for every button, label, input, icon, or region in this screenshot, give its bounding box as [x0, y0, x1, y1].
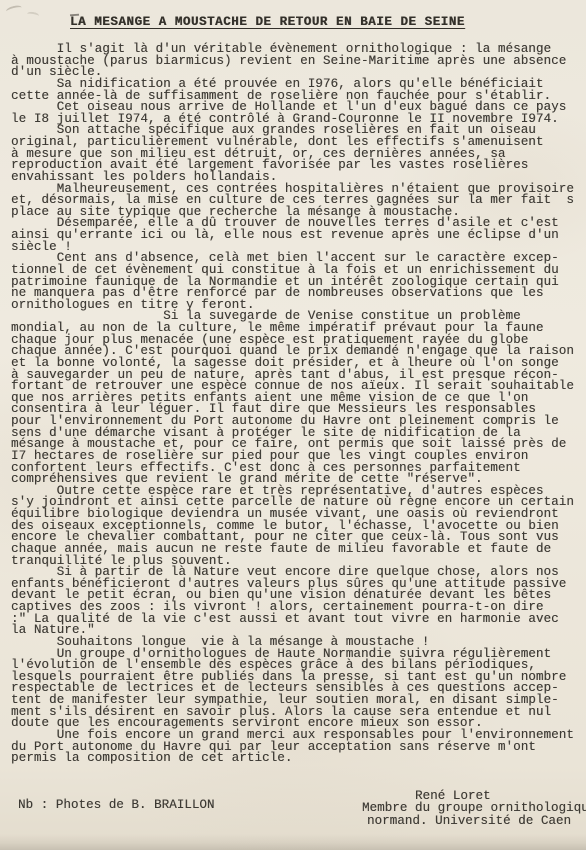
document-footer: Nb : Photes de B. BRAILLON René Loret Me…: [11, 765, 586, 850]
photo-credit-note: Nb : Photes de B. BRAILLON: [18, 798, 215, 812]
signature-role: Membre du groupe ornithologique: [362, 801, 586, 815]
document-title: LA MESANGE A MOUSTACHE DE RETOUR EN BAIE…: [70, 13, 586, 31]
document-content: LA MESANGE A MOUSTACHE DE RETOUR EN BAIE…: [11, 13, 586, 850]
text-line: permis la composition de cet article.: [11, 753, 586, 765]
scanned-document-page: LA MESANGE A MOUSTACHE DE RETOUR EN BAIE…: [0, 0, 586, 850]
document-body: Il s'agit là d'un véritable évènement or…: [11, 44, 586, 765]
text-line: :" La qualité de la vie c'est aussi et a…: [11, 614, 586, 626]
text-line: ainsi qu'errante ici ou là, elle nous es…: [11, 230, 586, 242]
signature-affiliation: normand. Université de Caen: [367, 814, 571, 828]
